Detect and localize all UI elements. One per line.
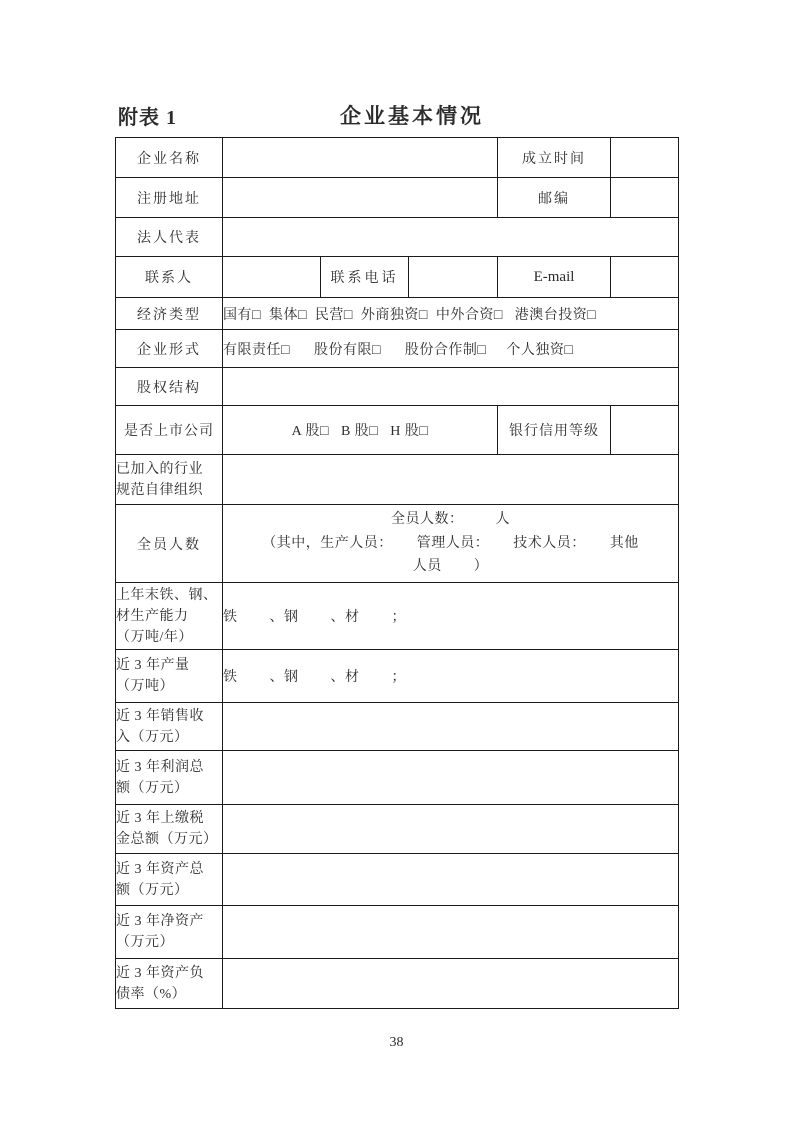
table-row: 近 3 年资产总 额（万元） bbox=[116, 854, 679, 906]
contact-phone-value-cell bbox=[409, 257, 498, 298]
tax-paid-3yr-value-cell bbox=[223, 805, 679, 854]
output-3yr-label: 近 3 年产量 （万吨） bbox=[116, 650, 223, 703]
economic-type-options: 国有□ 集体□ 民营□ 外商独资□ 中外合资□ 港澳台投资□ bbox=[223, 298, 679, 330]
page-title: 企业基本情况 bbox=[340, 100, 484, 130]
legal-representative-label: 法人代表 bbox=[116, 218, 223, 257]
contact-person-value-cell bbox=[223, 257, 321, 298]
document-page: 附表 1 企业基本情况 企业名称 成立时间 注册地址 邮编 法人代表 bbox=[0, 0, 793, 1122]
listed-company-label: 是否上市公司 bbox=[116, 406, 223, 455]
net-assets-3yr-label: 近 3 年净资产 （万元） bbox=[116, 906, 223, 959]
table-row: 上年末铁、钢、 材生产能力 （万吨/年） 铁 、钢 、材 ； bbox=[116, 583, 679, 650]
stock-type-options: A 股□ B 股□ H 股□ bbox=[223, 406, 498, 455]
total-assets-3yr-label: 近 3 年资产总 额（万元） bbox=[116, 854, 223, 906]
debt-ratio-3yr-value-cell bbox=[223, 959, 679, 1009]
founding-date-value-cell bbox=[611, 138, 679, 178]
capacity-label: 上年末铁、钢、 材生产能力 （万吨/年） bbox=[116, 583, 223, 650]
total-profit-3yr-label: 近 3 年利润总 额（万元） bbox=[116, 751, 223, 805]
table-row: 近 3 年产量 （万吨） 铁 、钢 、材 ； bbox=[116, 650, 679, 703]
email-label: E-mail bbox=[498, 257, 611, 298]
table-row: 经济类型 国有□ 集体□ 民营□ 外商独资□ 中外合资□ 港澳台投资□ bbox=[116, 298, 679, 330]
table-row: 联系人 联系电话 E-mail bbox=[116, 257, 679, 298]
industry-organization-label: 已加入的行业 规范自律组织 bbox=[116, 455, 223, 505]
total-assets-3yr-value-cell bbox=[223, 854, 679, 906]
table-row: 近 3 年净资产 （万元） bbox=[116, 906, 679, 959]
tax-paid-3yr-label: 近 3 年上缴税 金总额（万元） bbox=[116, 805, 223, 854]
table-row: 注册地址 邮编 bbox=[116, 178, 679, 218]
net-assets-3yr-value-cell bbox=[223, 906, 679, 959]
economic-type-label: 经济类型 bbox=[116, 298, 223, 330]
registered-address-label: 注册地址 bbox=[116, 178, 223, 218]
sales-revenue-3yr-label: 近 3 年销售收 入（万元） bbox=[116, 703, 223, 751]
legal-representative-value-cell bbox=[223, 218, 679, 257]
output-3yr-value-cell: 铁 、钢 、材 ； bbox=[223, 650, 679, 703]
equity-structure-label: 股权结构 bbox=[116, 368, 223, 406]
table-row: 全员人数 全员人数： 人 （其中，生产人员： 管理人员： 技术人员： 其他 人员… bbox=[116, 505, 679, 583]
table-row: 企业名称 成立时间 bbox=[116, 138, 679, 178]
email-value-cell bbox=[611, 257, 679, 298]
table-row: 近 3 年利润总 额（万元） bbox=[116, 751, 679, 805]
sales-revenue-3yr-value-cell bbox=[223, 703, 679, 751]
founding-date-label: 成立时间 bbox=[498, 138, 611, 178]
total-staff-label: 全员人数 bbox=[116, 505, 223, 583]
enterprise-form-label: 企业形式 bbox=[116, 330, 223, 368]
contact-phone-label: 联系电话 bbox=[321, 257, 409, 298]
postal-code-label: 邮编 bbox=[498, 178, 611, 218]
table-row: 近 3 年销售收 入（万元） bbox=[116, 703, 679, 751]
debt-ratio-3yr-label: 近 3 年资产负 债率（%） bbox=[116, 959, 223, 1009]
enterprise-form-options: 有限责任□ 股份有限□ 股份合作制□ 个人独资□ bbox=[223, 330, 679, 368]
table-row: 企业形式 有限责任□ 股份有限□ 股份合作制□ 个人独资□ bbox=[116, 330, 679, 368]
company-name-value-cell bbox=[223, 138, 498, 178]
contact-person-label: 联系人 bbox=[116, 257, 223, 298]
attachment-table-label: 附表 1 bbox=[118, 101, 177, 130]
total-profit-3yr-value-cell bbox=[223, 751, 679, 805]
enterprise-basic-info-table: 企业名称 成立时间 注册地址 邮编 法人代表 联系人 联系电话 E-mail bbox=[115, 137, 679, 1009]
postal-code-value-cell bbox=[611, 178, 679, 218]
table-row: 已加入的行业 规范自律组织 bbox=[116, 455, 679, 505]
table-row: 股权结构 bbox=[116, 368, 679, 406]
registered-address-value-cell bbox=[223, 178, 498, 218]
company-name-label: 企业名称 bbox=[116, 138, 223, 178]
table-row: 是否上市公司 A 股□ B 股□ H 股□ 银行信用等级 bbox=[116, 406, 679, 455]
page-number: 38 bbox=[0, 1035, 793, 1051]
bank-credit-rating-label: 银行信用等级 bbox=[498, 406, 611, 455]
total-staff-breakdown: 全员人数： 人 （其中，生产人员： 管理人员： 技术人员： 其他 人员 ） bbox=[223, 505, 679, 583]
table-row: 近 3 年资产负 债率（%） bbox=[116, 959, 679, 1009]
equity-structure-value-cell bbox=[223, 368, 679, 406]
bank-credit-rating-value-cell bbox=[611, 406, 679, 455]
industry-organization-value-cell bbox=[223, 455, 679, 505]
table-row: 法人代表 bbox=[116, 218, 679, 257]
table-row: 近 3 年上缴税 金总额（万元） bbox=[116, 805, 679, 854]
capacity-value-cell: 铁 、钢 、材 ； bbox=[223, 583, 679, 650]
